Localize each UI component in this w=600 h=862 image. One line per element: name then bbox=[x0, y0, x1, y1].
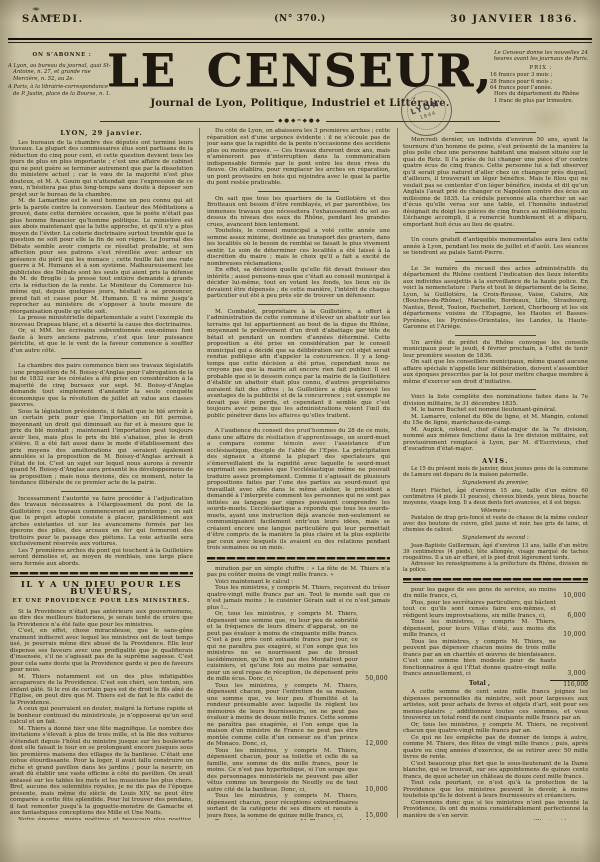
section-divider bbox=[207, 557, 390, 562]
column-2: Du côté de Lyon, on abaissera les 3 prem… bbox=[207, 128, 390, 820]
article-paragraph: Incessamment l’autorité va faire procéde… bbox=[10, 496, 193, 548]
article-paragraph: En effet, sa décision quelle qu’elle fût… bbox=[207, 267, 390, 300]
avis-heading: AVIS. bbox=[403, 458, 588, 465]
signalement-heading: Signalement du premier, bbox=[403, 480, 588, 487]
ledger-amount: 116,000 bbox=[550, 680, 588, 689]
article-paragraph: La presse ministérielle départementale a… bbox=[10, 315, 193, 328]
article-paragraph: Voici la liste complète des nominations … bbox=[403, 394, 588, 407]
stamp-city: LYON bbox=[409, 98, 441, 116]
article-paragraph: Henri Fléchet, âgé d’environ 15 ans, tai… bbox=[403, 488, 588, 506]
article-divider bbox=[258, 304, 339, 305]
section-divider bbox=[403, 578, 588, 583]
article-divider bbox=[61, 491, 142, 492]
article-subtitle: ET UNE PROVIDENCE POUR LES MINISTRES. bbox=[10, 598, 193, 605]
price-box: Le Censeur donne les nouvelles 24 heures… bbox=[486, 50, 596, 104]
column-separator bbox=[397, 128, 398, 818]
date-label: 30 JANVIER 1836. bbox=[450, 14, 578, 25]
article-paragraph: Si la Providence n’était pas antérieure … bbox=[10, 609, 193, 629]
column-separator bbox=[199, 128, 200, 818]
ledger-paragraph: Or, tous les ministres, y compris M. Thi… bbox=[207, 611, 390, 683]
article-paragraph: Or, si MM. les écrivains subventionnés e… bbox=[10, 328, 193, 354]
article-paragraph: Mercredi dernier, un individu d’environ … bbox=[403, 137, 588, 228]
article-paragraph: Tout cela pourtant, ce n’est qu’à la pro… bbox=[403, 780, 588, 800]
ledger-paragraph: Tous les ministres, y compris M. Thiers,… bbox=[207, 683, 390, 748]
ledger-total: Total ,116,000 bbox=[403, 681, 588, 688]
article-paragraph: Tous les ministres, y compris M. Thiers,… bbox=[207, 819, 390, 820]
article-paragraph: On sait que tous les quartiers de la Gui… bbox=[207, 196, 390, 229]
article-paragraph: Un arrêté du préfet du Rhône convoque le… bbox=[403, 340, 588, 360]
article-paragraph: Ce qui ne les empêche pas de donner de t… bbox=[403, 735, 588, 761]
stamp-year: 1844 bbox=[419, 110, 437, 121]
ledger-paragraph: Tous les ministres, y compris M. Thiers,… bbox=[403, 639, 588, 678]
article-paragraph: Le 15 du présent mois de janvier, deux j… bbox=[403, 466, 588, 478]
ledger-paragraph: Plus, pour les secrétaires particuliers,… bbox=[403, 600, 588, 620]
article-paragraph: Toutefois, le conseil municipal a voté c… bbox=[207, 228, 390, 267]
section-divider bbox=[10, 572, 193, 577]
price-note: 1 franc de plus par trimestre. bbox=[486, 98, 596, 104]
article-paragraph: Du côté de Lyon, on abaissera les 3 prem… bbox=[207, 128, 390, 187]
ledger-total-label: Total , bbox=[469, 680, 490, 687]
article-paragraph: Sous la législation précédente, il falla… bbox=[10, 409, 193, 487]
article-paragraph: miration par un simple chiffre : « La fê… bbox=[207, 566, 390, 579]
article-paragraph: C’est beaucoup plus fort que le sous-lie… bbox=[403, 761, 588, 781]
article-title: IL Y A UN DIEU POUR LES BUVEURS, bbox=[10, 582, 193, 595]
article-paragraph: Notre époque, moins poétique et beaucoup… bbox=[10, 817, 193, 821]
article-paragraph: Les bureaux de la chambre des députés on… bbox=[10, 140, 193, 199]
subscribe-line: A Paris, à la librairie-correspondance d… bbox=[8, 84, 116, 97]
article-divider bbox=[455, 335, 536, 336]
article-paragraph: M. Thiers a donné hier une fête magnifiq… bbox=[10, 726, 193, 817]
source-credit: (Charivari.) bbox=[403, 819, 588, 820]
article-paragraph: M. Combalot, propriétaire à la Guillotiè… bbox=[207, 309, 390, 420]
article-paragraph: M. Lamarre, colonel du 60e de ligne, et … bbox=[403, 414, 588, 427]
price-lead: Le Censeur donne les nouvelles 24 heures… bbox=[486, 50, 596, 63]
header-rule bbox=[8, 38, 592, 43]
article-paragraph: M. Thiers notamment est un des plus infa… bbox=[10, 674, 193, 707]
article-divider bbox=[455, 261, 536, 262]
header-topline: SAMEDI. (N° 370.) 30 JANVIER 1836. bbox=[0, 14, 600, 30]
article-paragraph: Un cours gratuit d’antiquités monumental… bbox=[403, 237, 588, 257]
article-paragraph: A l’audience du conseil des prud’hommes … bbox=[207, 428, 390, 552]
subscribe-line: A Lyon, au bureau du journal, quai St-An… bbox=[8, 63, 116, 83]
article-divider bbox=[258, 191, 339, 192]
dateline: LYON, 29 janvier. bbox=[10, 130, 193, 137]
article-divider bbox=[455, 232, 536, 233]
ledger-amount: 15,000 bbox=[357, 813, 388, 820]
article-divider bbox=[61, 358, 142, 359]
article-paragraph: On sait que les conseillers municipaux, … bbox=[403, 359, 588, 385]
article-divider bbox=[455, 389, 536, 390]
article-paragraph: Adresser les renseignemens à la préfectu… bbox=[403, 561, 588, 573]
article-paragraph: Pantalon de drap gris-foncé et veste de … bbox=[403, 515, 588, 533]
article-paragraph: La chambre des pairs commence bien ses t… bbox=[10, 363, 193, 409]
ledger-paragraph: Tous les ministres, y compris M. Thiers,… bbox=[207, 748, 390, 794]
ledger-paragraph: Tous les ministres, y compris M. Thiers,… bbox=[207, 793, 390, 819]
article-paragraph: A ceux qui pourraient en douter, malgré … bbox=[10, 706, 193, 726]
ornament-icon: ◆●◆═◆●◆ bbox=[278, 119, 322, 124]
signalement-heading: Signalement du second : bbox=[403, 535, 588, 542]
signalement-heading: Vêtemens : bbox=[403, 508, 588, 515]
article-paragraph: Or, tous les ministres, y compris M. Thi… bbox=[403, 722, 588, 735]
ledger-paragraph: Tous les ministres, y compris M. Thiers,… bbox=[403, 619, 588, 639]
ledger-amount: 3,000 bbox=[559, 671, 586, 678]
article-paragraph: M. Aupick, colonel, chef d’état-major de… bbox=[403, 427, 588, 453]
column-3: Mercredi dernier, un individu d’environ … bbox=[403, 128, 588, 820]
column-1: LYON, 29 janvier.Les bureaux de la chamb… bbox=[10, 128, 193, 820]
article-paragraph: Le 3e numéro du recueil des actes admini… bbox=[403, 266, 588, 331]
subscribe-title: ON S’ABONNE : bbox=[8, 52, 116, 59]
article-divider bbox=[258, 423, 339, 424]
article-paragraph: Jean-Baptiste Guillermain, âgé d’environ… bbox=[403, 543, 588, 561]
subscription-box: ON S’ABONNE : A Lyon, au bureau du journ… bbox=[8, 52, 116, 100]
article-divider bbox=[455, 132, 536, 133]
price-heading: PRIX : bbox=[486, 65, 596, 71]
article-paragraph: C’est, en effet, chose miraculeuse, que … bbox=[10, 628, 193, 674]
article-paragraph: Tous les ministres, y compris M. Thiers,… bbox=[207, 585, 390, 611]
article-paragraph: M. de Lamartine est le seul homme un peu… bbox=[10, 198, 193, 315]
article-paragraph: Les 7 premières arches du pont qui touch… bbox=[10, 548, 193, 568]
ledger-paragraph: pour les gages de ses gens de service, a… bbox=[403, 587, 588, 600]
newspaper-page: SAMEDI. (N° 370.) 30 JANVIER 1836. ON S’… bbox=[0, 0, 600, 862]
article-paragraph: A cette somme de cent seize mille francs… bbox=[403, 689, 588, 722]
article-paragraph: Convenons donc que si les ministres n’on… bbox=[403, 800, 588, 820]
